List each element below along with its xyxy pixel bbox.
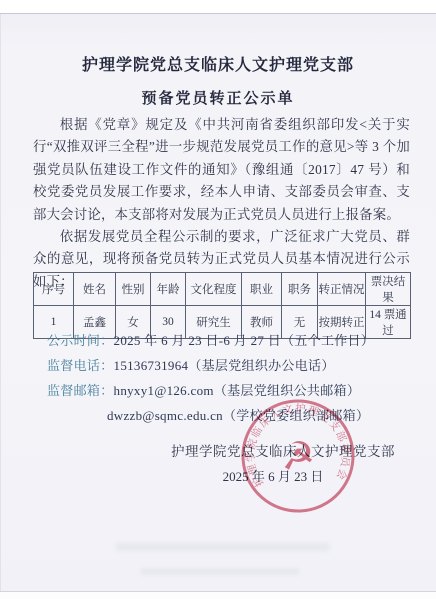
supervision-email-line: 监督邮箱：hnyxy1@126.com（基层党组织公共邮箱） xyxy=(47,380,427,399)
publicity-time-label: 公示时间： xyxy=(47,333,114,348)
publicity-time-value: 2025 年 6 月 23 日-6 月 27 日（五个工作日） xyxy=(114,333,375,348)
member-publicity-table: 序号 姓名 性别 年龄 文化程度 职业 职务 转正情况 票决结果 1 孟鑫 女 … xyxy=(33,272,411,339)
hammer-sickle-icon: ☭ xyxy=(279,433,316,479)
bleed-through-artifact xyxy=(140,568,300,575)
supervision-email-label: 监督邮箱： xyxy=(47,383,114,398)
col-header-gender: 性别 xyxy=(116,273,151,306)
publicity-time-line: 公示时间：2025 年 6 月 23 日-6 月 27 日（五个工作日） xyxy=(47,330,427,349)
scan-edge-top xyxy=(0,0,436,13)
paragraph-basis: 根据《党章》规定及《中共河南省委组织部印发<关于实行“双推双评三全程”进一步规范… xyxy=(33,114,410,226)
scan-edge-bottom xyxy=(0,591,436,599)
document-subtitle: 预备党员转正公示单 xyxy=(0,87,436,108)
col-header-vote-result: 票决结果 xyxy=(366,273,411,306)
signature-organization: 护理学院党总支临床人文护理党支部 xyxy=(0,440,436,460)
scanned-document: 护理学院党总支临床人文护理党支部 预备党员转正公示单 根据《党章》规定及《中共河… xyxy=(0,0,436,599)
document-title: 护理学院党总支临床人文护理党支部 xyxy=(0,52,436,75)
col-header-index: 序号 xyxy=(34,273,74,306)
party-branch-seal: 护理学院临床人文护理党支部委员会 ☭ xyxy=(235,393,361,519)
col-header-age: 年龄 xyxy=(151,273,186,306)
col-header-occupation: 职业 xyxy=(242,273,282,306)
col-header-name: 姓名 xyxy=(74,273,116,306)
supervision-phone-value: 15136731964（基层党组织办公电话） xyxy=(114,358,335,373)
supervision-phone-label: 监督电话： xyxy=(47,358,114,373)
col-header-education: 文化程度 xyxy=(186,273,242,306)
col-header-conversion-status: 转正情况 xyxy=(318,273,366,306)
supervision-phone-line: 监督电话：15136731964（基层党组织办公电话） xyxy=(47,355,427,374)
signature-date: 2025 年 6 月 23 日 xyxy=(0,466,436,485)
table-header-row: 序号 姓名 性别 年龄 文化程度 职业 职务 转正情况 票决结果 xyxy=(34,273,411,306)
col-header-position: 职务 xyxy=(282,273,318,306)
bleed-through-artifact xyxy=(115,543,330,551)
